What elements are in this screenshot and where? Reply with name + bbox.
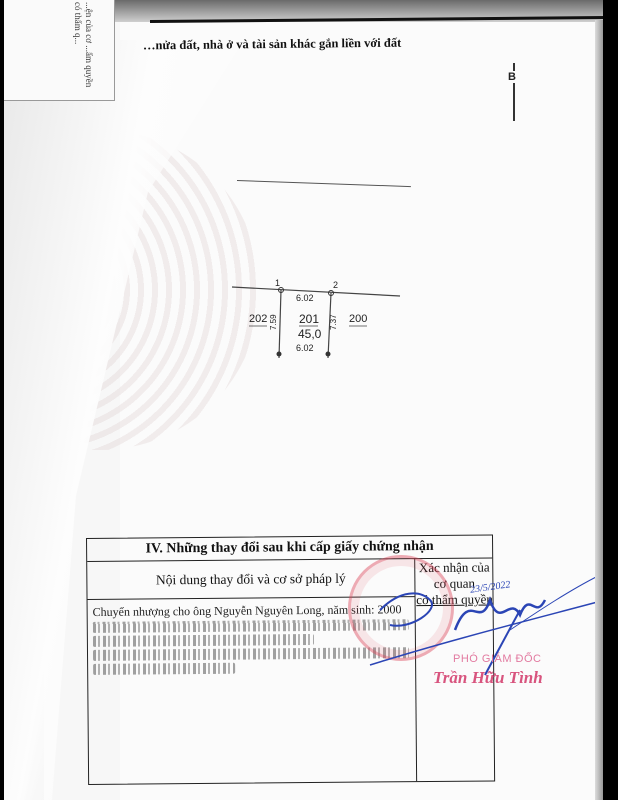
folded-tab-text: ...ện của cơ ...ẩm quyền có thẩm q... [64,2,94,97]
point-label-2: 2 [333,280,338,290]
point-label-1: 1 [275,278,280,288]
section-heading: …nửa đất, nhà ở và tài sản khác gắn liền… [143,36,401,54]
parcel-area: 45,0 [298,327,322,341]
scanned-page: ...ện của cơ ...ẩm quyền có thẩm q... …n… [0,0,603,800]
right-border [603,0,618,800]
neighbor-parcel-right: 200 [349,313,367,325]
right-page-shadow [595,20,603,800]
land-plot-diagram: 1 2 6.02 6.02 201 45,0 202 200 7.59 7.37 [220,270,420,380]
redacted-text-line [93,663,235,675]
signer-name: Trần Hữu Tình [433,668,543,688]
neighbor-parcel-left: 202 [249,313,267,325]
edge-right-length: 7.37 [329,314,338,330]
edge-left-length: 7.59 [269,314,278,330]
redacted-text-line [93,634,314,647]
edge-top-length: 6.02 [296,293,314,303]
parcel-number: 201 [299,312,319,326]
folded-corner-tab: ...ện của cơ ...ẩm quyền có thẩm q... [4,0,115,101]
north-arrow-label: B [508,71,516,83]
left-border [0,0,4,800]
signer-role: PHÓ GIÁM ĐỐC [453,653,542,665]
edge-bottom-length: 6.02 [296,343,314,353]
north-arrow: B [508,63,520,123]
